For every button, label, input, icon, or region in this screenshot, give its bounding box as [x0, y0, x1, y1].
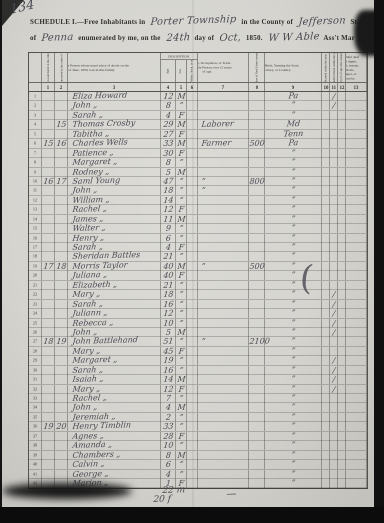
dwelling-number	[42, 451, 55, 460]
month-fill: Oct,	[219, 32, 242, 44]
real-estate-value	[249, 328, 265, 337]
married-mark	[322, 252, 330, 261]
married-mark	[322, 262, 330, 271]
sex-value: ”	[176, 101, 187, 110]
line-col-number	[29, 83, 42, 91]
sex-value: ”	[176, 186, 187, 195]
color-value	[187, 101, 198, 110]
col-number: 10	[322, 83, 330, 91]
line-number: 4	[29, 120, 42, 129]
marshal-label-cut: Ass't Mar	[323, 34, 355, 42]
line-number: 8	[29, 158, 42, 167]
line-number: 30	[29, 366, 42, 375]
illiterate-mark	[338, 366, 346, 375]
color-value	[187, 177, 198, 186]
real-estate-value	[249, 168, 265, 177]
married-mark	[322, 479, 330, 488]
dwelling-number	[42, 366, 55, 375]
age-value: 5	[161, 328, 176, 337]
line-number: 6	[29, 139, 42, 148]
family-number	[55, 281, 68, 290]
line-number: 36	[29, 422, 42, 431]
real-estate-value: 800	[249, 177, 265, 186]
sex-value: M	[176, 375, 187, 384]
married-mark	[322, 215, 330, 224]
occupation-value	[198, 243, 249, 252]
real-estate-value	[249, 120, 265, 129]
dwelling-number	[42, 243, 55, 252]
line-number: 21	[29, 281, 42, 290]
condition-value	[346, 92, 367, 101]
married-mark	[322, 130, 330, 139]
illiterate-mark	[338, 234, 346, 243]
birthplace-value: ”	[265, 479, 322, 488]
line-number: 38	[29, 441, 42, 450]
condition-value	[346, 243, 367, 252]
age-value: 27	[161, 130, 176, 139]
condition-value	[346, 281, 367, 290]
real-estate-value	[249, 394, 265, 403]
illiterate-mark	[338, 196, 346, 205]
illiterate-mark	[338, 215, 346, 224]
illiterate-mark	[338, 413, 346, 422]
binding-shadow	[354, 10, 374, 56]
family-number	[55, 243, 68, 252]
illiterate-mark	[338, 271, 346, 280]
illiterate-mark	[338, 120, 346, 129]
family-number	[55, 451, 68, 460]
age-value: 33	[161, 139, 176, 148]
family-number	[55, 309, 68, 318]
occupation-value	[198, 375, 249, 384]
dwelling-number	[42, 319, 55, 328]
occupation-value: Laborer	[198, 120, 249, 129]
family-number	[55, 385, 68, 394]
married-mark	[322, 149, 330, 158]
sex-value: F	[176, 271, 187, 280]
line-number: 15	[29, 224, 42, 233]
married-mark	[322, 432, 330, 441]
illiterate-mark	[338, 309, 346, 318]
dwelling-col-header: Dwelling-houses numbered in the order of…	[42, 53, 55, 82]
condition-value	[346, 413, 367, 422]
marshal-signature: W W Able	[268, 31, 320, 44]
married-mark	[322, 385, 330, 394]
col-number: 8	[249, 83, 265, 91]
dwelling-number: 15	[42, 139, 55, 148]
sex-value: ”	[176, 394, 187, 403]
occupation-value	[198, 196, 249, 205]
dwelling-number	[42, 205, 55, 214]
sex-value: F	[176, 385, 187, 394]
age-value: 16	[161, 366, 176, 375]
condition-value	[346, 205, 367, 214]
condition-value	[346, 441, 367, 450]
school-mark: /	[330, 356, 338, 365]
color-value	[187, 120, 198, 129]
age-value: 6	[161, 234, 176, 243]
condition-value	[346, 470, 367, 479]
line-number: 24	[29, 309, 42, 318]
year-label: 1850.	[246, 34, 263, 42]
line-number: 19	[29, 262, 42, 271]
illiterate-mark	[338, 111, 346, 120]
line-number: 33	[29, 394, 42, 403]
school-mark	[330, 403, 338, 412]
age-value: 40	[161, 271, 176, 280]
school-mark: /	[330, 92, 338, 101]
illiterate-mark	[338, 460, 346, 469]
schedule-title-line1: SCHEDULE I.—Free Inhabitants in Porter T…	[30, 16, 361, 27]
real-estate-value	[249, 243, 265, 252]
dwelling-number: 19	[42, 422, 55, 431]
color-value	[187, 130, 198, 139]
family-number	[55, 394, 68, 403]
condition-value	[346, 252, 367, 261]
age-value: 10	[161, 441, 176, 450]
dwelling-number	[42, 186, 55, 195]
real-estate-value	[249, 186, 265, 195]
age-value: 6	[161, 460, 176, 469]
married-mark	[322, 290, 330, 299]
condition-value	[346, 337, 367, 346]
real-estate-value	[249, 347, 265, 356]
tally-dash-mark: —	[226, 489, 237, 500]
school-mark	[330, 422, 338, 431]
occupation-value	[198, 319, 249, 328]
family-number	[55, 111, 68, 120]
real-estate-value	[249, 432, 265, 441]
dwelling-number	[42, 385, 55, 394]
illiterate-mark	[338, 290, 346, 299]
condition-value	[346, 186, 367, 195]
age-value: 30	[161, 149, 176, 158]
col-number: 2	[55, 83, 68, 91]
scan-bottom-edge	[0, 507, 384, 523]
illiterate-mark	[338, 403, 346, 412]
school-mark	[330, 149, 338, 158]
illiterate-mark	[338, 422, 346, 431]
family-number	[55, 205, 68, 214]
condition-value	[346, 149, 367, 158]
color-value	[187, 252, 198, 261]
family-number	[55, 215, 68, 224]
color-col-header: Color, (White, black, or mulatto.)	[187, 60, 198, 82]
real-estate-value	[249, 205, 265, 214]
age-value: 18	[161, 186, 176, 195]
line-number: 7	[29, 149, 42, 158]
married-mark	[322, 196, 330, 205]
age-value: 12	[161, 205, 176, 214]
condition-value	[346, 328, 367, 337]
condition-value	[346, 271, 367, 280]
illiterate-mark	[338, 300, 346, 309]
dwelling-number	[42, 281, 55, 290]
day-of-label: day of	[194, 34, 214, 42]
school-mark: /	[330, 328, 338, 337]
illiterate-mark	[338, 385, 346, 394]
age-value: 11	[161, 215, 176, 224]
age-value: 21	[161, 252, 176, 261]
occupation-value	[198, 479, 249, 488]
illiterate-mark	[338, 432, 346, 441]
occupation-value	[198, 300, 249, 309]
family-number	[55, 470, 68, 479]
school-mark	[330, 441, 338, 450]
illiterate-mark	[338, 451, 346, 460]
occupation-value	[198, 422, 249, 431]
dwelling-number	[42, 149, 55, 158]
dwelling-number	[42, 271, 55, 280]
col-number: 4	[161, 83, 176, 91]
condition-value	[346, 215, 367, 224]
real-estate-value	[249, 300, 265, 309]
col-number: 13	[346, 83, 367, 91]
family-number	[55, 92, 68, 101]
sex-value: ”	[176, 470, 187, 479]
condition-value	[346, 158, 367, 167]
real-estate-value	[249, 271, 265, 280]
occupation-value	[198, 460, 249, 469]
sex-value: F	[176, 111, 187, 120]
value-col-header: Value of Real Estate owned.	[249, 53, 265, 82]
line-number: 10	[29, 177, 42, 186]
name-col-header: The Name of every Person whose usual pla…	[68, 53, 161, 82]
condition-value	[346, 262, 367, 271]
family-number	[55, 252, 68, 261]
age-value: 9	[161, 224, 176, 233]
color-value	[187, 470, 198, 479]
real-estate-value	[249, 215, 265, 224]
illiterate-mark	[338, 168, 346, 177]
condition-value	[346, 319, 367, 328]
married-mark	[322, 281, 330, 290]
occupation-value	[198, 432, 249, 441]
illiterate-mark	[338, 186, 346, 195]
family-number	[55, 234, 68, 243]
dwelling-number	[42, 300, 55, 309]
real-estate-value	[249, 356, 265, 365]
birthplace-col-header: Place of Birth, Naming the State, Territ…	[265, 53, 322, 82]
family-number	[55, 224, 68, 233]
real-estate-value	[249, 319, 265, 328]
family-number: 19	[55, 337, 68, 346]
dwelling-number: 16	[42, 177, 55, 186]
school-mark	[330, 215, 338, 224]
line-number: 16	[29, 234, 42, 243]
age-value: 4	[161, 111, 176, 120]
line-number: 20	[29, 271, 42, 280]
color-value	[187, 224, 198, 233]
color-value	[187, 290, 198, 299]
age-value: 21	[161, 281, 176, 290]
col-number: 7	[198, 83, 249, 91]
sex-value: ”	[176, 158, 187, 167]
school-mark	[330, 186, 338, 195]
school-mark: /	[330, 101, 338, 110]
line-number: 5	[29, 130, 42, 139]
state-fill: Penna	[41, 32, 74, 44]
age-value: 2	[161, 413, 176, 422]
color-value	[187, 215, 198, 224]
dwelling-number	[42, 403, 55, 412]
line-number: 14	[29, 215, 42, 224]
real-estate-value	[249, 196, 265, 205]
illiterate-mark	[338, 337, 346, 346]
married-mark	[322, 101, 330, 110]
family-number	[55, 271, 68, 280]
dwelling-number	[42, 168, 55, 177]
family-number	[55, 375, 68, 384]
color-value	[187, 186, 198, 195]
color-value	[187, 385, 198, 394]
line-number: 23	[29, 300, 42, 309]
line-number: 34	[29, 403, 42, 412]
married-mark	[322, 120, 330, 129]
color-value	[187, 356, 198, 365]
line-col-header	[29, 53, 42, 82]
condition-value	[346, 130, 367, 139]
real-estate-value	[249, 479, 265, 488]
condition-value	[346, 375, 367, 384]
married-col-header: Married within the year.	[322, 53, 330, 82]
line-number: 1	[29, 92, 42, 101]
color-value	[187, 479, 198, 488]
family-number	[55, 149, 68, 158]
school-mark: /	[330, 319, 338, 328]
married-mark	[322, 139, 330, 148]
illiterate-mark	[338, 205, 346, 214]
dwelling-number	[42, 309, 55, 318]
married-mark	[322, 111, 330, 120]
color-value	[187, 158, 198, 167]
married-mark	[322, 319, 330, 328]
family-number: 17	[55, 177, 68, 186]
line-number: 9	[29, 168, 42, 177]
sex-value: ”	[176, 337, 187, 346]
school-mark	[330, 205, 338, 214]
occupation-value	[198, 215, 249, 224]
school-mark	[330, 243, 338, 252]
school-mark	[330, 177, 338, 186]
dwelling-number: 18	[42, 337, 55, 346]
family-number: 16	[55, 139, 68, 148]
line-number: 32	[29, 385, 42, 394]
family-number	[55, 158, 68, 167]
color-value	[187, 309, 198, 318]
sex-value: ”	[176, 300, 187, 309]
line-number: 18	[29, 252, 42, 261]
school-mark	[330, 252, 338, 261]
line-number: 2	[29, 101, 42, 110]
color-value	[187, 262, 198, 271]
color-value	[187, 234, 198, 243]
illiterate-mark	[338, 130, 346, 139]
married-mark	[322, 422, 330, 431]
real-estate-value	[249, 234, 265, 243]
real-estate-value	[249, 92, 265, 101]
condition-value	[346, 451, 367, 460]
condition-value	[346, 120, 367, 129]
sex-value: ”	[176, 290, 187, 299]
census-page-paper: 134 SCHEDULE I.—Free Inhabitants in Port…	[2, 0, 374, 507]
real-estate-value	[249, 470, 265, 479]
color-value	[187, 451, 198, 460]
age-value: 51	[161, 337, 176, 346]
real-estate-value	[249, 130, 265, 139]
dwelling-number	[42, 224, 55, 233]
condition-value	[346, 224, 367, 233]
real-estate-value	[249, 460, 265, 469]
married-mark	[322, 403, 330, 412]
dwelling-number	[42, 120, 55, 129]
married-mark	[322, 328, 330, 337]
illiterate-mark	[338, 243, 346, 252]
line-number: 11	[29, 186, 42, 195]
school-mark: /	[330, 290, 338, 299]
school-mark	[330, 394, 338, 403]
color-value	[187, 205, 198, 214]
married-mark	[322, 158, 330, 167]
school-mark: /	[330, 375, 338, 384]
occupation-value	[198, 224, 249, 233]
color-value	[187, 375, 198, 384]
real-estate-value	[249, 224, 265, 233]
school-mark: /	[330, 385, 338, 394]
occupation-value	[198, 290, 249, 299]
married-mark	[322, 271, 330, 280]
real-estate-value	[249, 451, 265, 460]
color-value	[187, 460, 198, 469]
school-mark	[330, 139, 338, 148]
color-value	[187, 281, 198, 290]
school-mark: /	[330, 309, 338, 318]
real-estate-value	[249, 422, 265, 431]
married-mark	[322, 205, 330, 214]
line-number: 3	[29, 111, 42, 120]
sex-value: M	[176, 139, 187, 148]
family-number	[55, 300, 68, 309]
col-number: 1	[42, 83, 55, 91]
dwelling-number	[42, 413, 55, 422]
real-estate-value	[249, 413, 265, 422]
scan-right-edge	[374, 0, 384, 523]
condition-value	[346, 479, 367, 488]
line-number: 13	[29, 205, 42, 214]
real-estate-value	[249, 441, 265, 450]
dwelling-number	[42, 347, 55, 356]
real-estate-value	[249, 366, 265, 375]
dwelling-number	[42, 252, 55, 261]
illiterate-mark	[338, 139, 346, 148]
color-value	[187, 366, 198, 375]
sex-value: ”	[176, 441, 187, 450]
dwelling-number	[42, 356, 55, 365]
school-mark	[330, 347, 338, 356]
line-number: 41	[29, 470, 42, 479]
married-mark	[322, 460, 330, 469]
occupation-value	[198, 309, 249, 318]
color-value	[187, 422, 198, 431]
real-estate-value	[249, 101, 265, 110]
school-mark: /	[330, 366, 338, 375]
occupation-value	[198, 470, 249, 479]
age-value: 16	[161, 300, 176, 309]
married-mark	[322, 309, 330, 318]
dwelling-number	[42, 130, 55, 139]
dwelling-number	[42, 111, 55, 120]
married-mark	[322, 337, 330, 346]
